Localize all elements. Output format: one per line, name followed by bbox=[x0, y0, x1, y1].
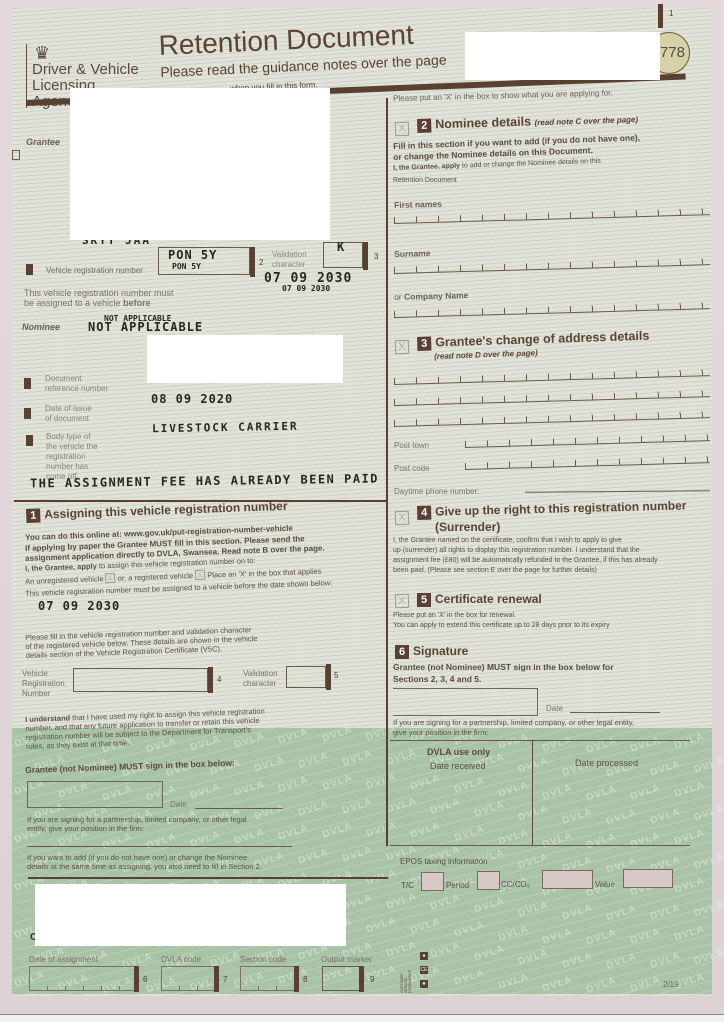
dvla-use-bottom-line bbox=[390, 845, 690, 846]
cc-label: CC/CO₂ bbox=[501, 880, 530, 889]
page-number: 1 bbox=[669, 9, 673, 18]
field-marker bbox=[26, 435, 33, 446]
post-town-label: Post town bbox=[394, 441, 429, 450]
section-5-checkbox[interactable]: X bbox=[395, 594, 409, 608]
redacted-grantee bbox=[70, 88, 330, 240]
output-marker-field[interactable] bbox=[322, 966, 360, 991]
box-end-marker bbox=[294, 966, 299, 992]
section-6-signature-box[interactable] bbox=[393, 688, 538, 716]
validation-char-input[interactable] bbox=[286, 666, 326, 688]
logo-divider bbox=[26, 44, 27, 108]
section-4-body-line-3: assignment fee (£80) will be automatical… bbox=[393, 556, 658, 566]
phone-label: Daytime phone number: bbox=[394, 487, 479, 496]
column-divider bbox=[386, 98, 388, 846]
vehicle-reg-value-small: PON 5Y bbox=[172, 262, 201, 271]
output-marker-label: Output marker bbox=[321, 955, 372, 964]
box-number-3: 3 bbox=[374, 252, 378, 261]
box-number-7: 7 bbox=[223, 975, 227, 984]
page-marker bbox=[658, 4, 663, 28]
nominee-label: Nominee bbox=[22, 322, 60, 332]
section-6-number: 6 bbox=[395, 645, 409, 659]
section-1-bottom-rule bbox=[28, 877, 388, 879]
nominee-change-text: If you want to add (if you do not have o… bbox=[27, 853, 262, 871]
company-label-text: Company Name bbox=[404, 290, 468, 302]
validation-label-section1: Validationcharacter bbox=[243, 669, 278, 689]
issue-date-label: Date of issueof document bbox=[45, 404, 92, 424]
date-of-assignment-label: Date of assignment bbox=[29, 955, 98, 964]
box-end-marker bbox=[208, 667, 213, 693]
box-number-8: 8 bbox=[303, 975, 307, 984]
section-5-body: Please put an 'X' in the box for renewal… bbox=[393, 611, 609, 631]
section-code-label: Section code bbox=[240, 955, 286, 964]
section-4-checkbox[interactable]: X bbox=[395, 511, 409, 525]
validation-label-line-1: Validation bbox=[243, 669, 278, 679]
section-6-partnership-line-2: give your position in the firm: bbox=[393, 728, 634, 738]
dvla-code-field[interactable] bbox=[161, 966, 215, 991]
partnership-text-line-2: entity, give your position in the firm: bbox=[27, 824, 247, 833]
issue-label-1: Date of issue bbox=[45, 404, 92, 414]
nominee-change-text-line-2: details at the same time as assigning, y… bbox=[27, 862, 262, 871]
field-marker bbox=[24, 408, 31, 419]
partnership-text-line-1: If you are signing for a partnership, li… bbox=[27, 815, 247, 824]
section-1-number: 1 bbox=[26, 509, 40, 523]
box-number-6: 6 bbox=[143, 975, 147, 984]
box-end-marker bbox=[359, 966, 364, 992]
redacted-block bbox=[465, 32, 660, 80]
must-assign-bold: before bbox=[123, 298, 151, 308]
first-names-label: First names bbox=[394, 199, 442, 210]
epos-heading: EPOS taxing information bbox=[400, 857, 488, 866]
dvla-use-heading: DVLA use only bbox=[427, 747, 490, 757]
apply-bold: I, the Grantee, apply bbox=[25, 561, 97, 572]
vrn-label-line-1: Vehicle bbox=[22, 669, 65, 679]
expiry-date-small: 07 09 2030 bbox=[282, 284, 330, 293]
section-6-partnership-line-1: If you are signing for a partnership, li… bbox=[393, 718, 634, 728]
section-5-body-line-1: Please put an 'X' in the box for renewal… bbox=[393, 611, 609, 621]
box-number-4: 4 bbox=[217, 675, 221, 684]
section-code-field[interactable] bbox=[240, 966, 295, 991]
section-5-title-text: Certificate renewal bbox=[435, 592, 542, 606]
box-end-marker bbox=[363, 242, 368, 270]
issue-label-2: of document bbox=[45, 414, 92, 424]
period-input[interactable] bbox=[477, 871, 500, 890]
section-2-number: 2 bbox=[417, 119, 431, 133]
validation-label: Validationcharacter bbox=[272, 250, 307, 270]
validation-label-2: character bbox=[272, 260, 307, 270]
field-marker bbox=[24, 378, 31, 389]
section-3-checkbox[interactable]: X bbox=[395, 340, 409, 354]
section-6-position-line[interactable] bbox=[390, 740, 690, 741]
section-6-bold-1: Grantee (not Nominee) MUST sign in the b… bbox=[393, 662, 614, 672]
section-2-title-text: Nominee details bbox=[435, 114, 531, 131]
nominee-change-text-line-1: If you want to add (if you do not have o… bbox=[27, 853, 262, 862]
body-type-label-line-1: Body type of bbox=[46, 432, 98, 442]
section-2-checkbox[interactable]: X bbox=[395, 122, 409, 136]
section-6-partnership: If you are signing for a partnership, li… bbox=[393, 718, 634, 738]
company-prefix: or bbox=[394, 292, 402, 302]
box-number-5: 5 bbox=[334, 671, 338, 680]
box-number-2: 2 bbox=[259, 258, 263, 267]
partnership-text: If you are signing for a partnership, li… bbox=[27, 815, 247, 833]
registered-vehicle-checkbox[interactable]: X bbox=[195, 570, 206, 581]
section-5-title: 5Certificate renewal bbox=[417, 592, 542, 607]
tc-label: T/C bbox=[401, 881, 414, 890]
dvla-code-label: DVLA code bbox=[161, 955, 201, 964]
vrn-label-line-2: Registration bbox=[22, 679, 65, 689]
must-assign-text: This vehicle registration number must be… bbox=[24, 288, 174, 308]
value-input[interactable] bbox=[623, 869, 673, 888]
box-end-marker bbox=[214, 966, 219, 992]
doc-ref-label-2: reference number bbox=[45, 384, 108, 394]
vrn-label-line-3: Number bbox=[22, 689, 65, 699]
body-type-value: LIVESTOCK CARRIER bbox=[152, 420, 299, 436]
box-end-marker bbox=[250, 247, 255, 277]
body-type-label-line-3: registration bbox=[46, 452, 98, 462]
form-version: 2/19 bbox=[663, 980, 679, 989]
section-6-date-line[interactable] bbox=[570, 712, 660, 713]
box-number-9: 9 bbox=[370, 975, 374, 984]
customer-excellence-label: CUSTOMER SERVICE EXCELLENCE bbox=[400, 963, 412, 993]
photo-edge bbox=[0, 1014, 724, 1022]
star-icon: ★ bbox=[420, 980, 428, 988]
tc-input[interactable] bbox=[421, 872, 444, 891]
dvla-use-divider bbox=[532, 740, 533, 845]
section-4-body-line-4: been paid. (Please see section E over th… bbox=[393, 566, 658, 576]
date-label: Date bbox=[170, 800, 187, 809]
doc-ref-label: Documentreference number bbox=[45, 374, 108, 394]
section-3-number: 3 bbox=[417, 337, 431, 351]
grantee-label: Grantee bbox=[26, 137, 60, 147]
section-4-title-2: (Surrender) bbox=[435, 520, 500, 534]
validation-char-value: K bbox=[337, 240, 344, 254]
company-label: or Company Name bbox=[394, 290, 468, 302]
vehicle-reg-label: Vehicle registration number bbox=[46, 266, 143, 276]
before-date-value: 07 09 2030 bbox=[38, 599, 120, 613]
section-6-date-label: Date bbox=[546, 704, 563, 713]
doc-ref-label-1: Document bbox=[45, 374, 108, 384]
section-2-note: (read note C over the page) bbox=[534, 115, 638, 127]
post-code-label: Post code bbox=[394, 464, 430, 473]
section-4-number: 4 bbox=[417, 506, 431, 520]
section-5-number: 5 bbox=[417, 593, 431, 607]
redacted-block bbox=[35, 884, 346, 946]
validation-label-1: Validation bbox=[272, 250, 307, 260]
box-end-marker bbox=[134, 966, 139, 992]
position-input-line[interactable] bbox=[27, 846, 292, 847]
period-label: Period bbox=[446, 881, 469, 890]
section-2-apply-2: Retention Document bbox=[393, 176, 457, 186]
grantee-signature-box[interactable] bbox=[27, 781, 163, 808]
section-6-title: 6Signature bbox=[395, 644, 468, 659]
body-type-label-line-2: the vehicle the bbox=[46, 442, 98, 452]
body-type-label-line-4: number has bbox=[46, 462, 98, 472]
section-4-body-line-1: I, the Grantee named on the certificate,… bbox=[393, 536, 658, 546]
must-assign-line-2: be assigned to a vehicle bbox=[24, 298, 121, 308]
section-4-body-line-2: up (surrender) all rights to display thi… bbox=[393, 546, 658, 556]
box-end-marker bbox=[326, 664, 331, 690]
field-marker bbox=[26, 264, 33, 275]
unregistered-vehicle-label: An unregistered vehicle bbox=[25, 574, 104, 586]
date-received-label: Date received bbox=[430, 761, 486, 771]
section-4-body: I, the Grantee named on the certificate,… bbox=[393, 536, 658, 576]
section-2-apply-bold: I, the Grantee, apply bbox=[393, 163, 460, 172]
section-6-title-text: Signature bbox=[413, 644, 468, 658]
unregistered-vehicle-checkbox[interactable]: X bbox=[105, 573, 116, 584]
date-processed-label: Date processed bbox=[575, 758, 638, 768]
ce-mark-icon: ● bbox=[420, 952, 428, 960]
vehicle-reg-value: PON 5Y bbox=[168, 248, 217, 262]
must-assign-line-1: This vehicle registration number must bbox=[24, 288, 174, 298]
redacted-block bbox=[147, 335, 343, 383]
section-5-body-line-2: You can apply to extend this certificate… bbox=[393, 621, 609, 631]
validation-label-line-2: character bbox=[243, 679, 278, 689]
value-label: Value bbox=[595, 880, 615, 889]
cc-input[interactable] bbox=[542, 870, 593, 889]
date-of-assignment-field[interactable] bbox=[29, 966, 135, 991]
section-6-bold-2: Sections 2, 3, 4 and 5. bbox=[393, 674, 481, 684]
registered-vehicle-label: or, a registered vehicle bbox=[118, 571, 194, 583]
nominee-value: NOT APPLICABLE bbox=[88, 320, 203, 334]
body-type-label: Body type ofthe vehicle theregistrationn… bbox=[46, 432, 98, 482]
vrn-input[interactable] bbox=[73, 668, 208, 692]
ce-mark-icon: CE bbox=[420, 966, 428, 974]
grantee-checkbox[interactable] bbox=[12, 150, 20, 160]
vrn-label: VehicleRegistrationNumber bbox=[22, 669, 65, 699]
issue-date: 08 09 2020 bbox=[151, 392, 233, 406]
org-line-1: Driver & Vehicle bbox=[32, 62, 152, 78]
date-input-line[interactable] bbox=[195, 808, 283, 809]
surname-label: Surname bbox=[394, 248, 431, 259]
